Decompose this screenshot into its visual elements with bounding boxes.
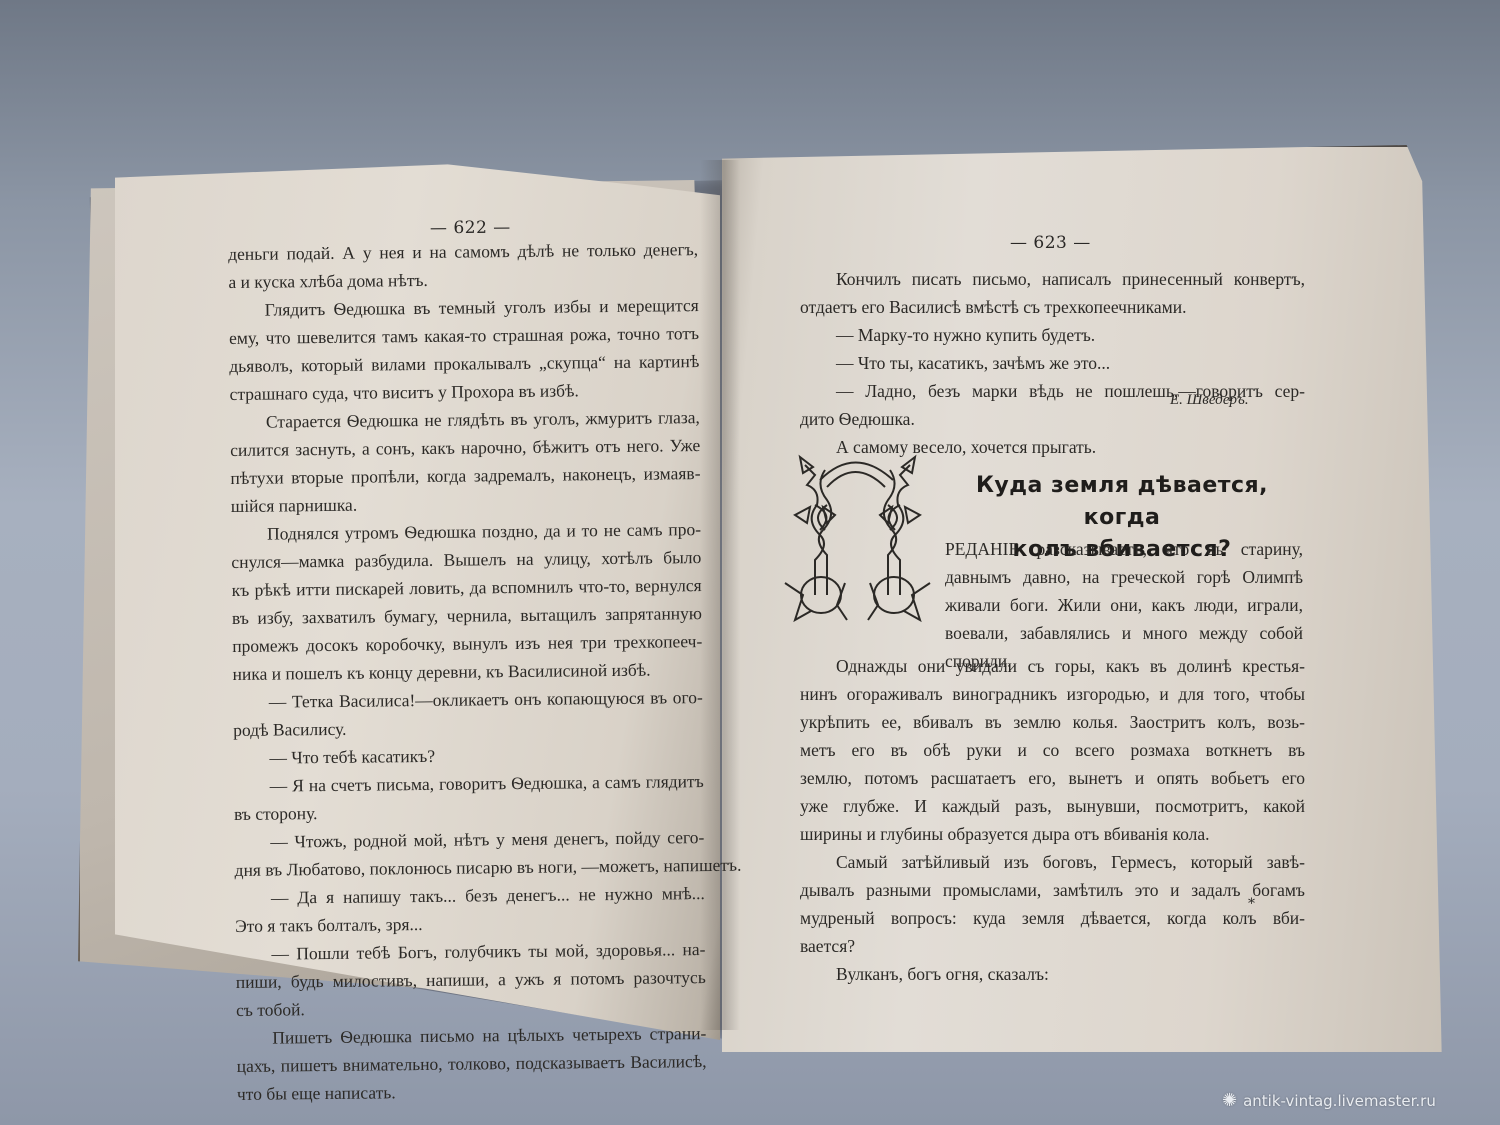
text-line: ширины и глубины образуется дыра отъ вби…	[800, 820, 1305, 848]
footnote-mark: *	[1248, 896, 1255, 912]
book-gutter	[700, 160, 740, 1030]
snowflake-star-icon: ✺	[1222, 1090, 1237, 1111]
text-line: живали боги. Жили они, какъ люди, играли…	[945, 591, 1303, 619]
text-line: — Марку-то нужно купить будетъ.	[800, 321, 1305, 349]
text-line: дито Ѳедюшка.	[800, 405, 1305, 433]
text-line: метъ его въ обѣ руки и со всего розмаха …	[800, 736, 1305, 764]
text-line: — Тетка Василиса!—окликаетъ онъ копающую…	[233, 683, 703, 716]
text-line: вается?	[800, 932, 1305, 960]
text-line: Кончилъ писать письмо, написалъ принесен…	[800, 265, 1305, 293]
text-line: уже глубже. И каждый разъ, вынувши, посм…	[800, 792, 1305, 820]
text-line: дьяволъ, который вилами прокалывалъ „ску…	[229, 347, 699, 380]
text-line: цахъ, пишетъ внимательно, толково, подск…	[237, 1047, 707, 1080]
text-line: — Что ты, касатикъ, зачѣмъ же это...	[800, 349, 1305, 377]
text-line: Однажды они увидали съ горы, какъ въ дол…	[800, 652, 1305, 680]
heading-line-1: Куда земля дѣвается, когда	[942, 470, 1302, 534]
text-line: Вулканъ, богъ огня, сказалъ:	[800, 960, 1305, 988]
text-line: деньги подай. А у нея и на самомъ дѣлѣ н…	[228, 235, 698, 268]
left-page-number: — 622 —	[430, 218, 511, 239]
author-signature: Е. Шведеръ.	[1170, 392, 1249, 409]
text-line: — Да я напишу такъ... безъ денегъ... не …	[235, 879, 705, 912]
left-page-text: деньги подай. А у нея и на самомъ дѣлѣ н…	[228, 235, 707, 1108]
text-line: РЕДАНІЕ разсказываетъ, что въ старину,	[945, 535, 1303, 563]
text-line: землю, потомъ расшатаетъ его, вынетъ и о…	[800, 764, 1305, 792]
text-line: укрѣпить ее, вбивалъ въ землю колья. Зао…	[800, 708, 1305, 736]
watermark-text: antik-vintag.livemaster.ru	[1243, 1092, 1436, 1110]
text-line: воевали, забавлялись и много между собой	[945, 619, 1303, 647]
text-line: дывалъ разными промыслами, замѣтилъ это …	[800, 876, 1305, 904]
text-line: Самый затѣйливый изъ боговъ, Гермесъ, ко…	[800, 848, 1305, 876]
right-page-text-bottom: Однажды они увидали съ горы, какъ въ дол…	[800, 652, 1305, 988]
text-line: — Я на счетъ письма, говоритъ Ѳедюшка, а…	[234, 767, 704, 800]
text-line: нинъ огораживалъ виноградникъ изгородью,…	[800, 680, 1305, 708]
right-page-text-top: Кончилъ писать письмо, написалъ принесен…	[800, 265, 1305, 461]
text-line: пиши, будь милостивъ, напиши, а ужъ я по…	[236, 963, 706, 996]
right-page-number: — 623 —	[1010, 233, 1091, 253]
text-line: давнымъ давно, на греческой горѣ Олимпѣ	[945, 563, 1303, 591]
ornamental-initial-icon	[775, 445, 940, 630]
text-line: мудреный вопросъ: куда земля дѣвается, к…	[800, 904, 1305, 932]
watermark: ✺ antik-vintag.livemaster.ru	[1222, 1090, 1436, 1111]
text-line: пѣтухи вторые пропѣли, когда задремалъ, …	[230, 459, 700, 492]
text-line: отдаетъ его Василисѣ вмѣстѣ съ трехкопее…	[800, 293, 1305, 321]
text-line: что бы еще написать.	[237, 1075, 707, 1108]
